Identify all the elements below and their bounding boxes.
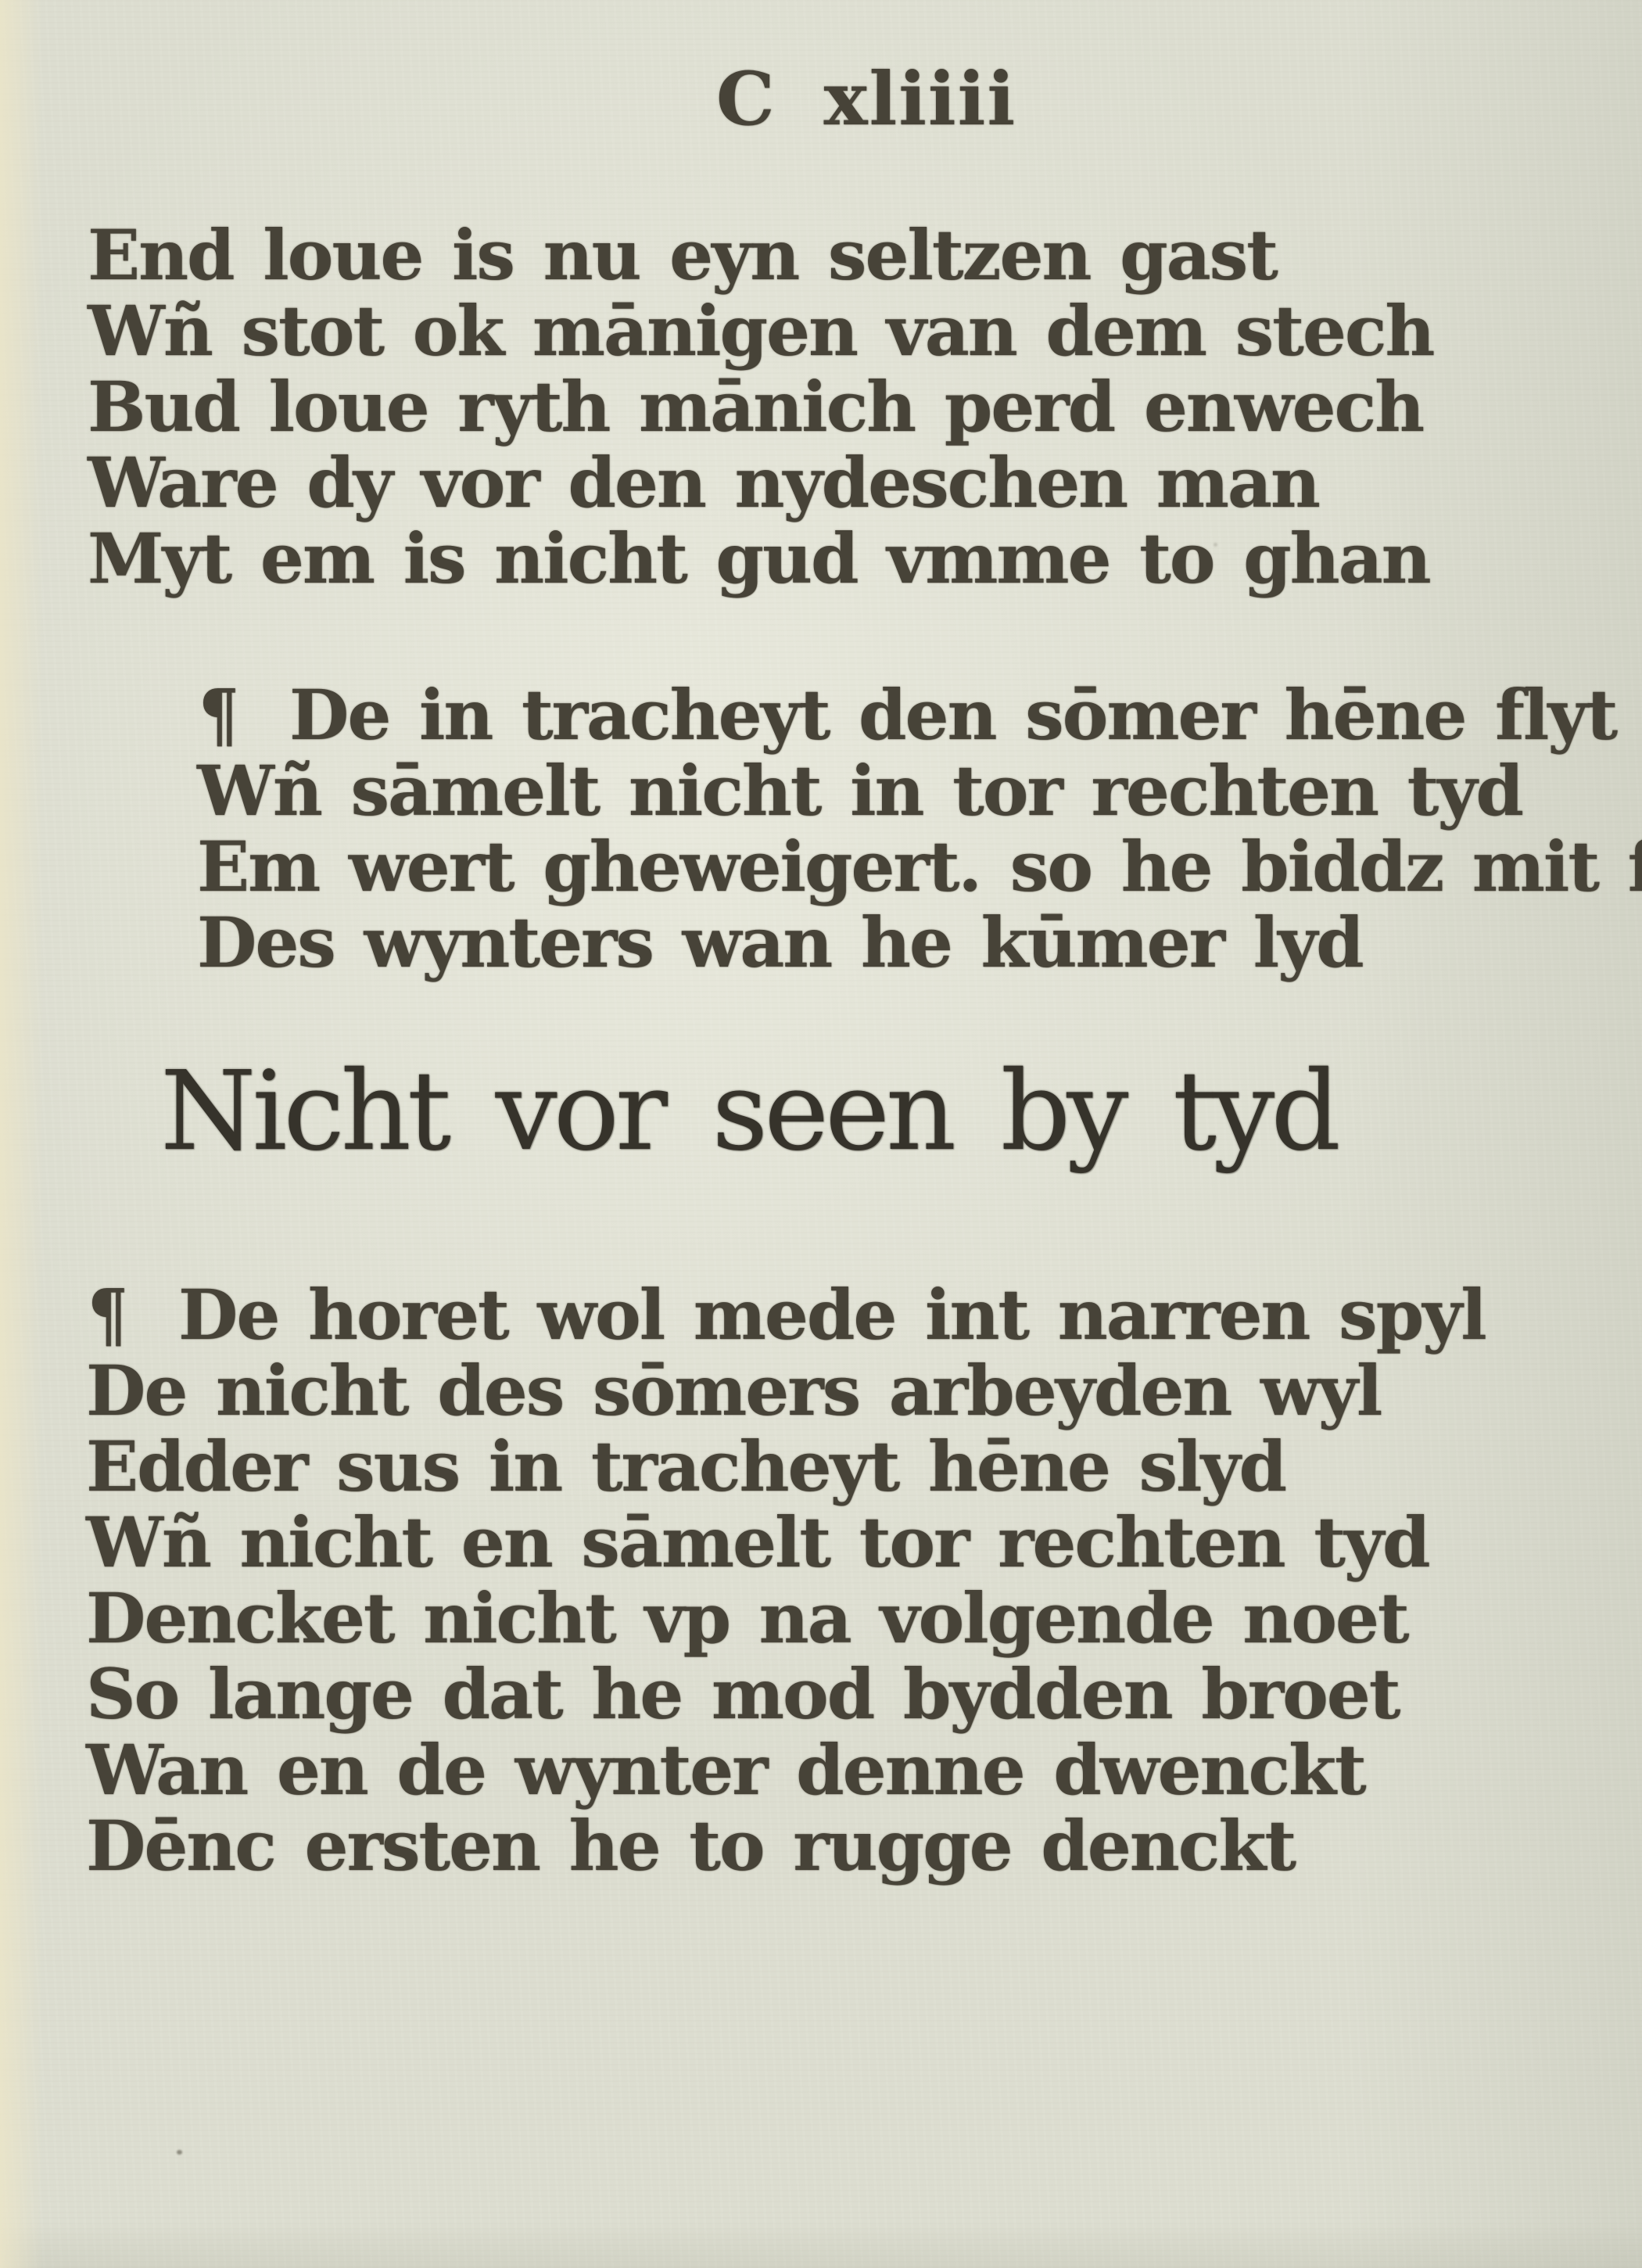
poem-line: ¶De in tracheyt den sōmer hēne flyt — [197, 677, 1642, 753]
folio-number: C xliiii — [45, 56, 1642, 142]
poem-line: Ware dy vor den nydeschen man — [88, 445, 1433, 521]
poem-line: End loue is nu eyn seltzen gast — [88, 217, 1433, 293]
poem-line: Dēnc ersten he to rugge denckt — [86, 1808, 1486, 1884]
scanned-book-page: { "folio_header": "C xliiii", "poem": { … — [0, 0, 1642, 2268]
poem-line-text: De in tracheyt den sōmer hēne flyt — [289, 674, 1616, 755]
poem-line: Wan en de wynter denne dwenckt — [86, 1732, 1486, 1808]
poem-line: Dencket nicht vp na volgende noet — [86, 1581, 1486, 1656]
pilcrow-icon: ¶ — [199, 676, 238, 754]
poem-line: Myt em is nicht gud vmme to ghan — [88, 521, 1433, 597]
stanza-2: ¶De in tracheyt den sōmer hēne flyt Wñ s… — [197, 677, 1642, 981]
poem-line: Des wynters wan he kūmer lyd — [197, 905, 1642, 981]
poem-line: Wñ stot ok mānigen van dem stech — [88, 293, 1433, 369]
paper-speck — [177, 2150, 182, 2155]
poem-line-text: De horet wol mede int narren spyl — [178, 1274, 1486, 1355]
poem-line: So lange dat he mod bydden broet — [86, 1656, 1486, 1732]
pilcrow-icon: ¶ — [88, 1276, 127, 1354]
poem-line: Wñ sāmelt nicht in tor rechten tyd — [197, 753, 1642, 829]
stanza-1: End loue is nu eyn seltzen gast Wñ stot … — [88, 217, 1433, 597]
poem-line: Wñ nicht en sāmelt tor rechten tyd — [86, 1505, 1486, 1581]
poem-line: Em wert gheweigert. so he biddz mit flyt — [197, 829, 1642, 905]
poem-line: Edder sus in tracheyt hēne slyd — [86, 1429, 1486, 1505]
chapter-heading: Nicht vor seen by tyd — [160, 1034, 1337, 1190]
poem-line: Bud loue ryth mānich perd enwech — [88, 369, 1433, 445]
poem-line: De nicht des sōmers arbeyden wyl — [86, 1353, 1486, 1429]
stanza-3: ¶De horet wol mede int narren spyl De ni… — [86, 1277, 1486, 1884]
poem-line: ¶De horet wol mede int narren spyl — [86, 1277, 1486, 1353]
